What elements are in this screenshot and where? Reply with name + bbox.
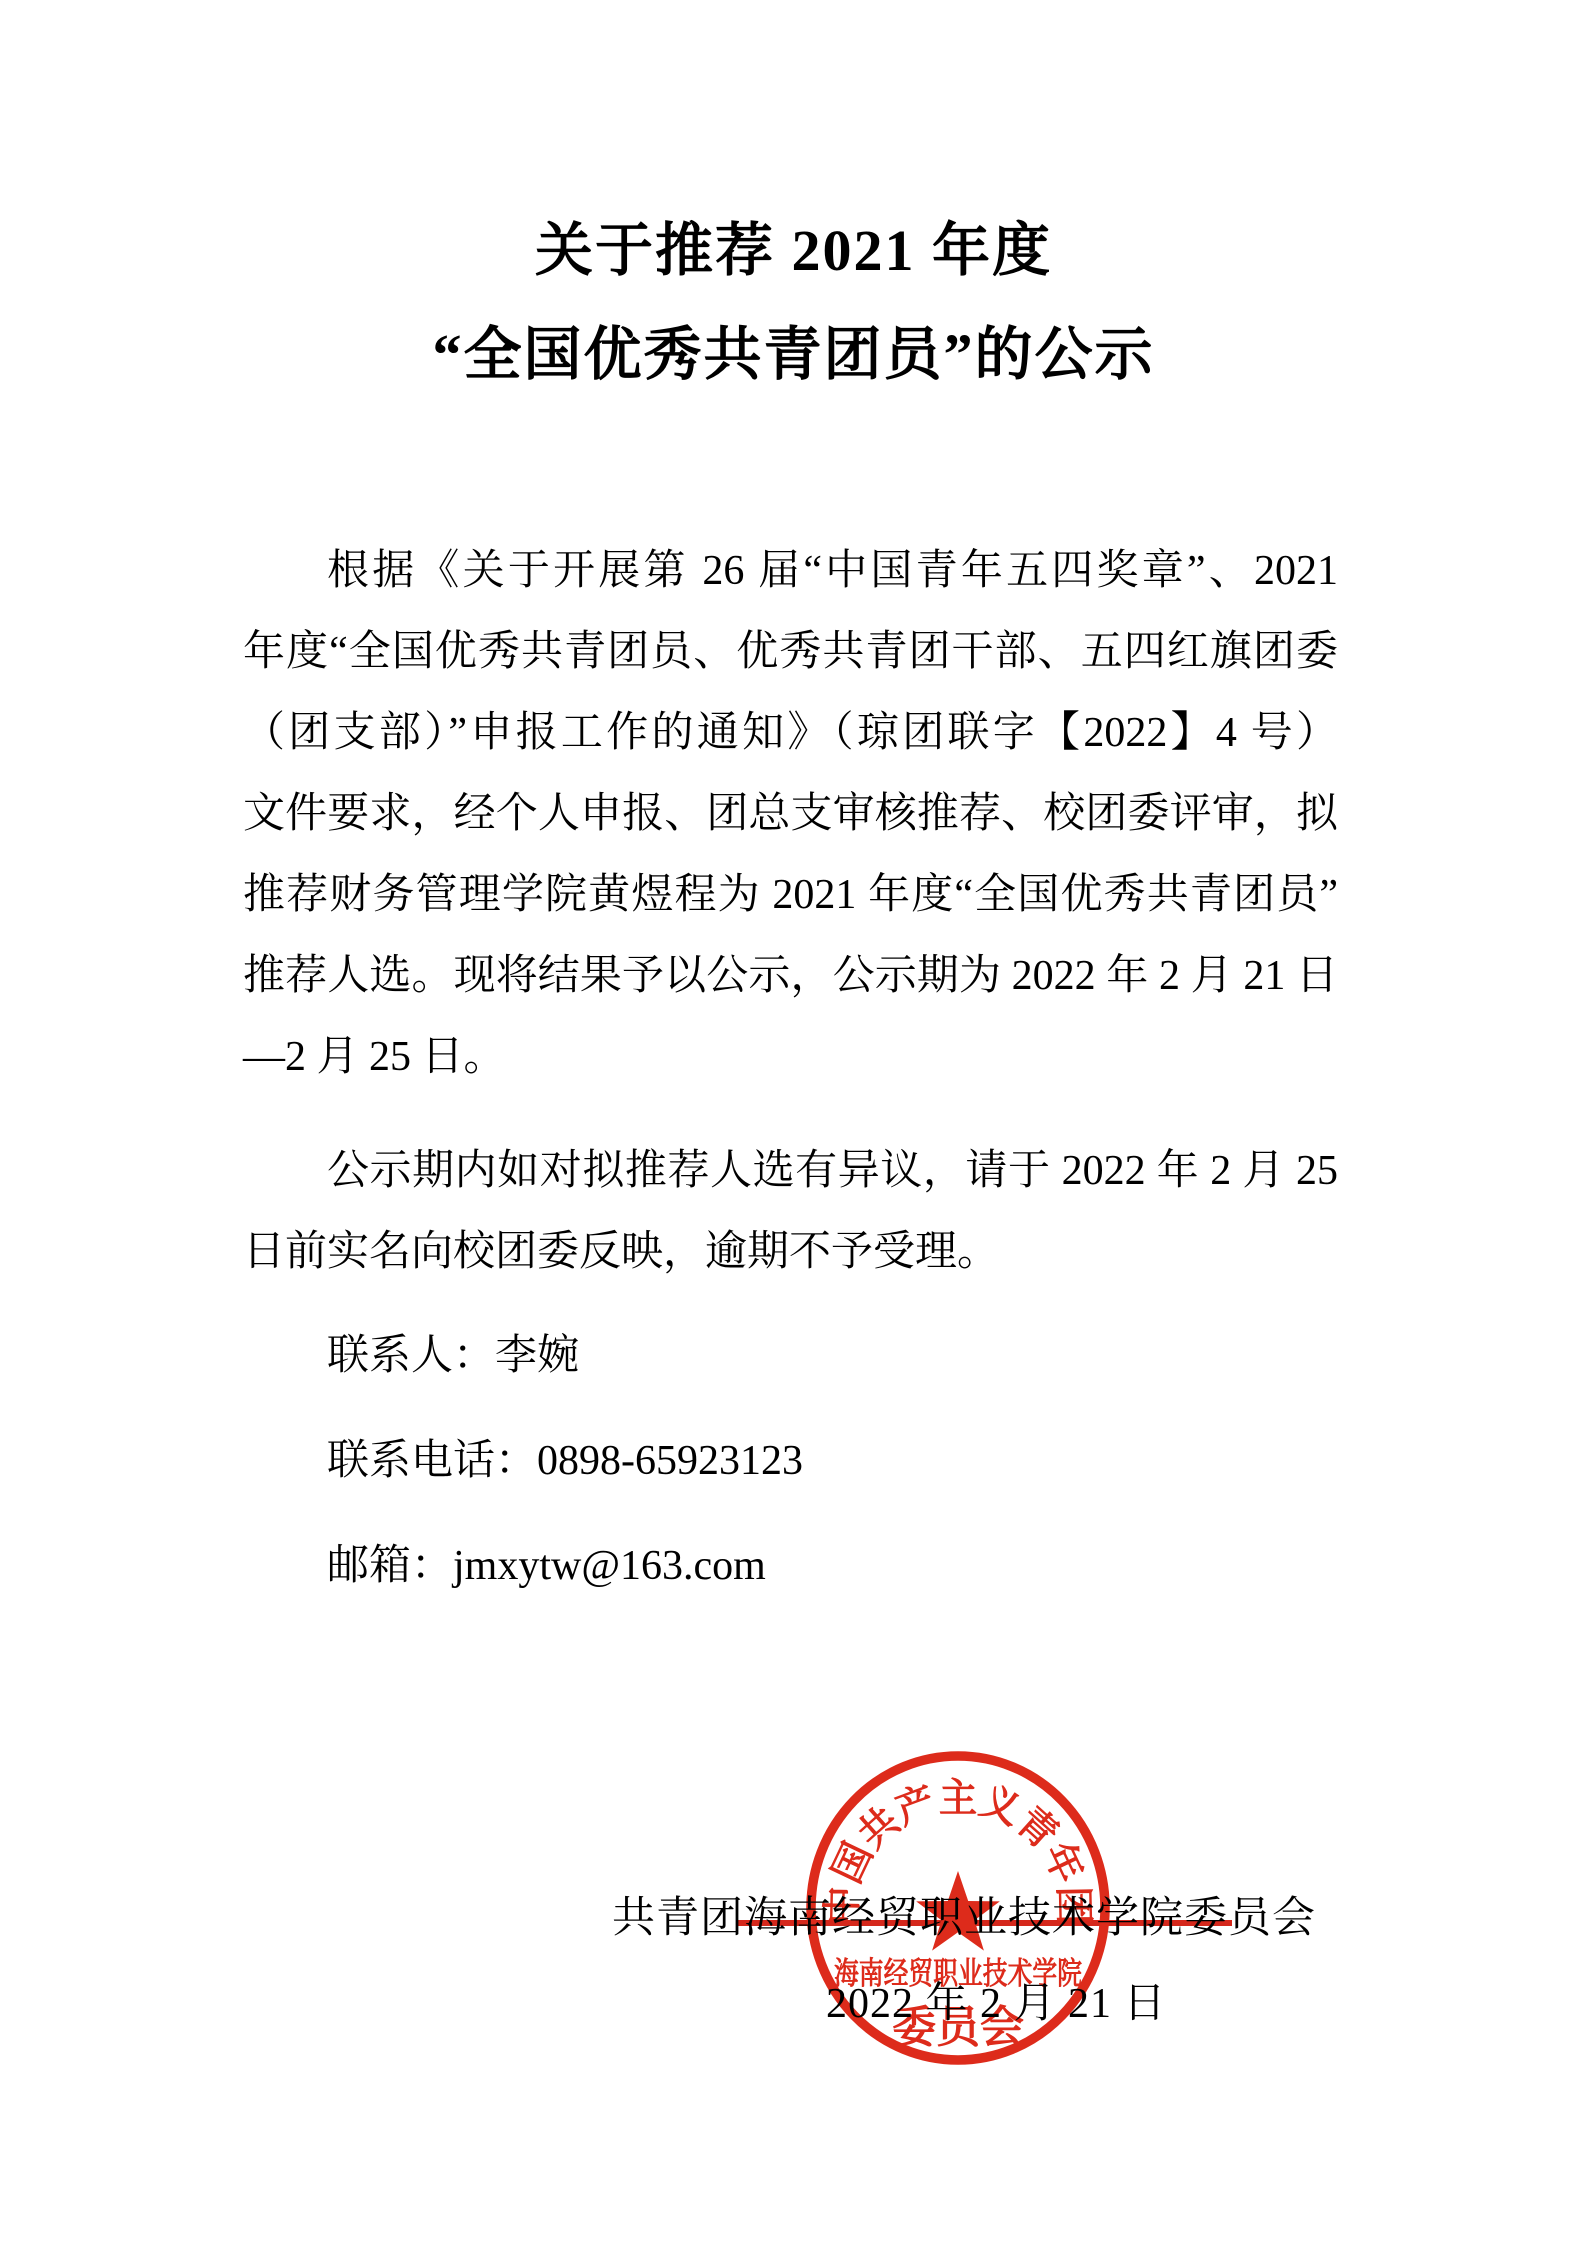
paragraph1-line: —2 月 25 日。 xyxy=(243,1017,1338,1098)
signature-organization: 共青团海南经贸职业技术学院委员会 xyxy=(612,1896,1316,1942)
document-body: 根据《关于开展第 26 届“中国青年五四奖章”、2021 年度“全国优秀共青团员… xyxy=(243,531,1338,1607)
document-title-line2: “全国优秀共青团员”的公示 xyxy=(0,303,1587,407)
paragraph1-line: （团支部）”申报工作的通知》（琼团联字【2022】4 号） xyxy=(243,693,1338,774)
paragraph1-line: 根据《关于开展第 26 届“中国青年五四奖章”、2021 xyxy=(243,531,1338,612)
contact-person: 联系人：李婉 xyxy=(243,1316,1338,1397)
paragraph1-line: 推荐财务管理学院黄煜程为 2021 年度“全国优秀共青团员” xyxy=(243,855,1338,936)
paragraph1-line: 年度“全国优秀共青团员、优秀共青团干部、五四红旗团委 xyxy=(243,612,1338,693)
contact-phone: 联系电话：0898-65923123 xyxy=(243,1421,1338,1502)
paragraph1-line: 推荐人选。现将结果予以公示，公示期为 2022 年 2 月 21 日 xyxy=(243,936,1338,1017)
contact-email: 邮箱：jmxytw@163.com xyxy=(243,1526,1338,1607)
paragraph1-line: 文件要求，经个人申报、团总支审核推荐、校团委评审，拟 xyxy=(243,774,1338,855)
paragraph2-line: 日前实名向校团委反映，逾期不予受理。 xyxy=(243,1212,1338,1293)
document-page: 关于推荐 2021 年度 “全国优秀共青团员”的公示 根据《关于开展第 26 届… xyxy=(0,0,1587,2245)
document-title: 关于推荐 2021 年度 “全国优秀共青团员”的公示 xyxy=(0,199,1587,407)
paragraph2-line: 公示期内如对拟推荐人选有异议，请于 2022 年 2 月 25 xyxy=(243,1131,1338,1212)
document-title-line1: 关于推荐 2021 年度 xyxy=(0,199,1587,303)
signature-date: 2022 年 2 月 21 日 xyxy=(826,1981,1167,2027)
